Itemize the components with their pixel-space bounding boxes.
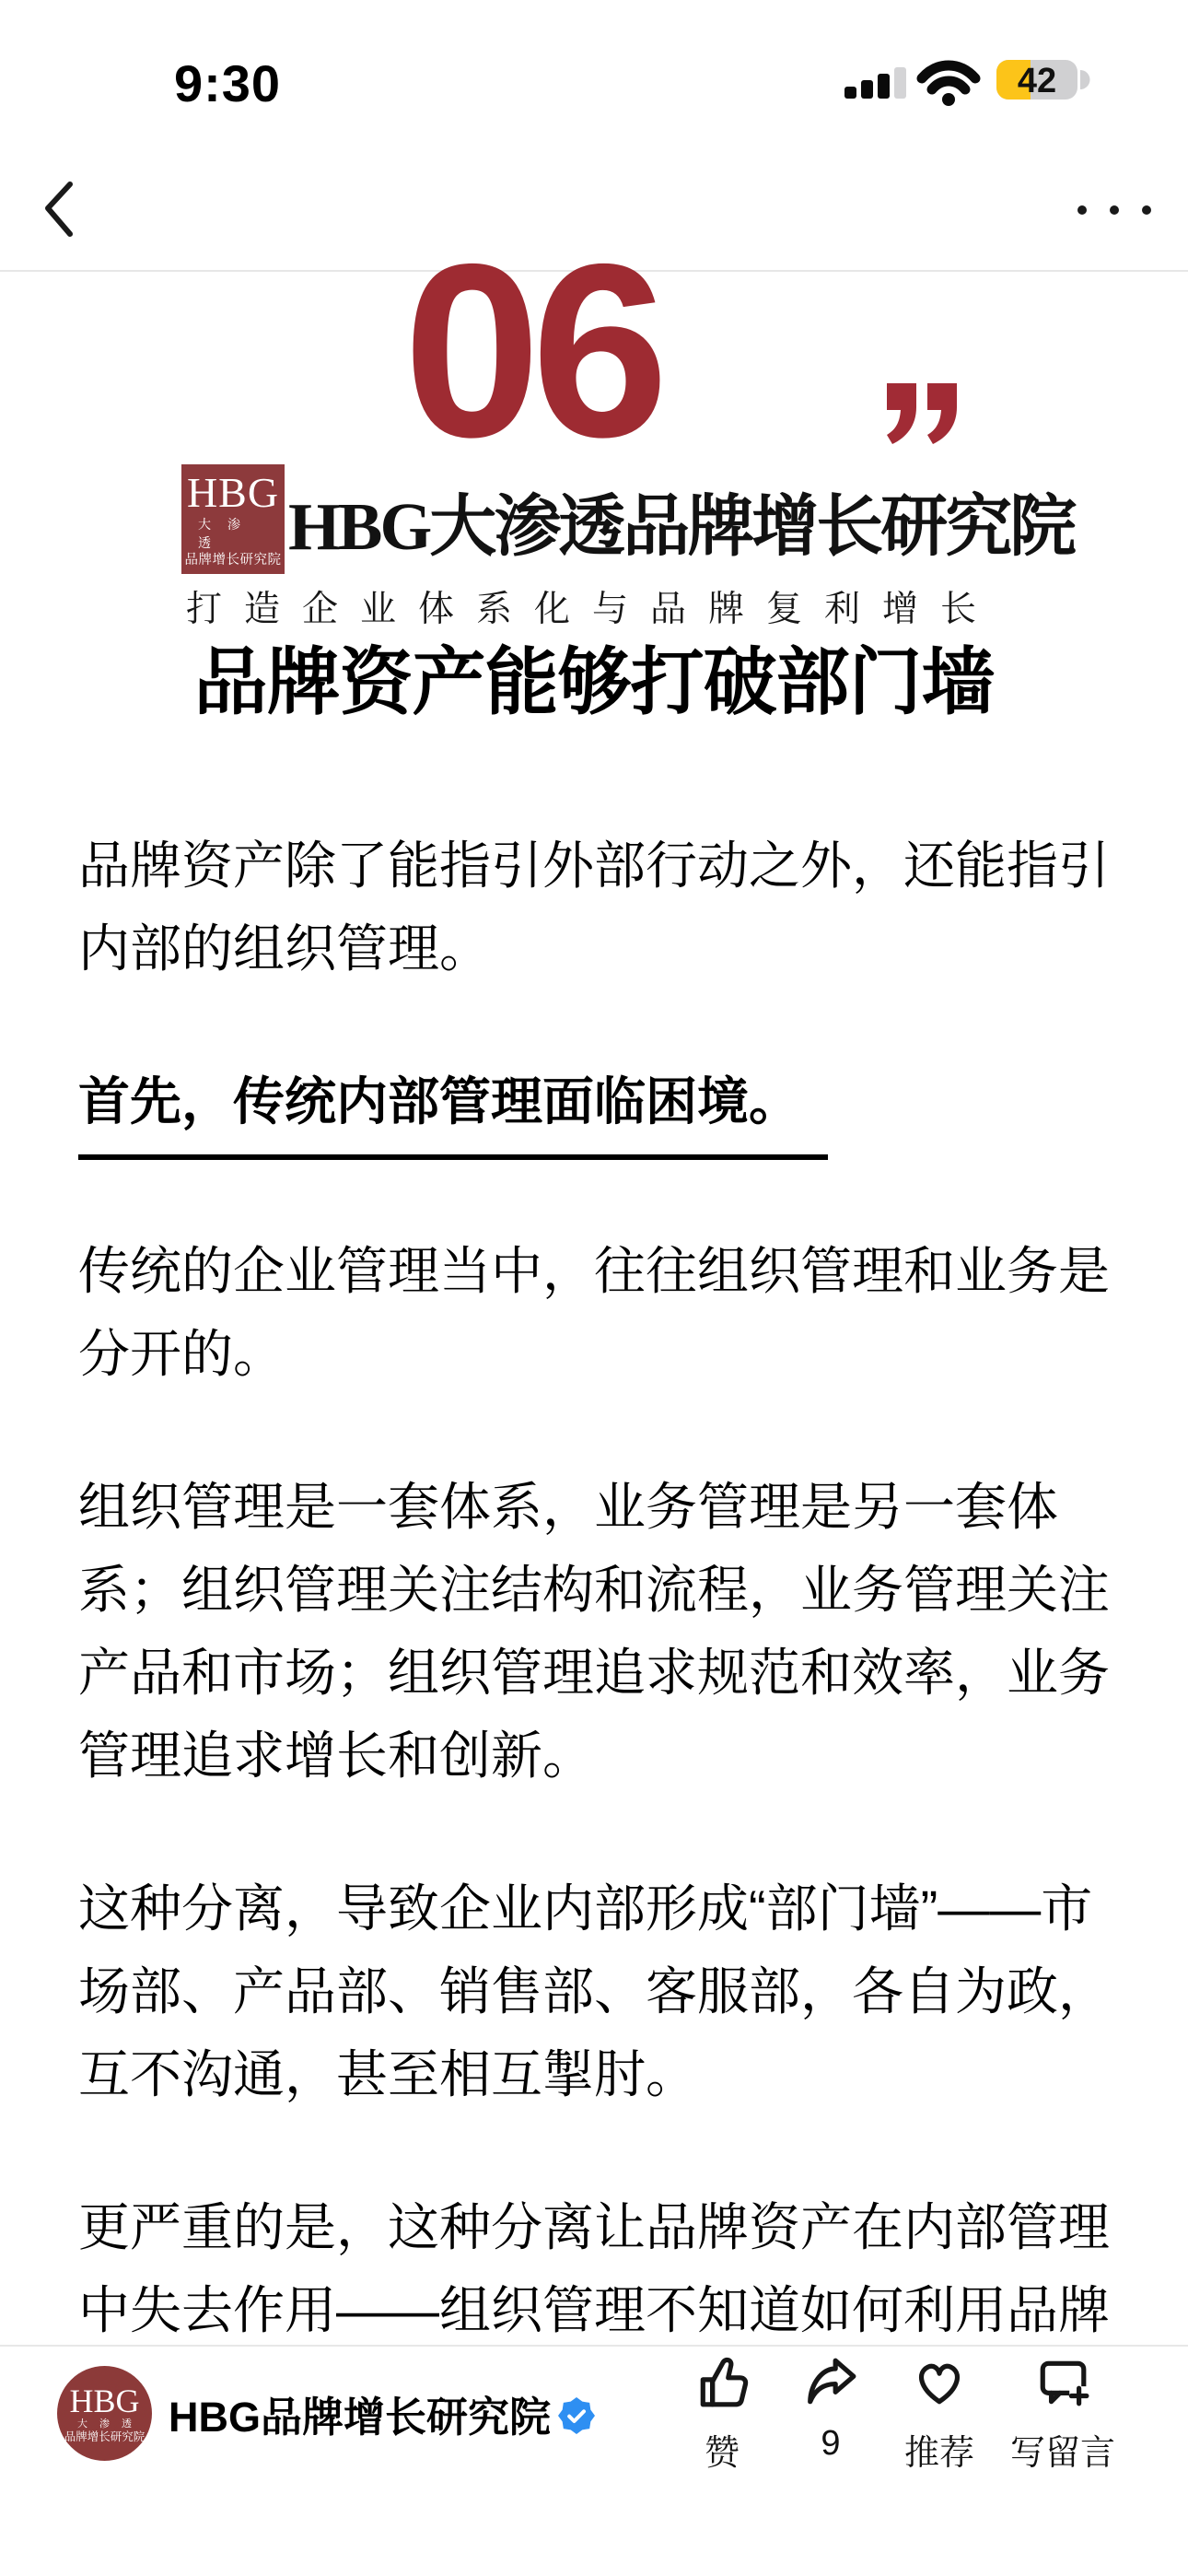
paragraph: 组织管理是一套体系，业务管理是另一套体系；组织管理关注结构和流程，业务管理关注产… [78,1466,1110,1797]
article-body: 品牌资产除了能指引外部行动之外，还能指引内部的组织管理。 首先，传统内部管理面临… [78,825,1110,2345]
article-title: 品牌资产能够打破部门墙 [0,623,1188,729]
more-options-button[interactable] [1073,189,1156,230]
wifi-icon [922,65,975,106]
paragraph: 品牌资产除了能指引外部行动之外，还能指引内部的组织管理。 [78,825,1110,990]
heart-icon [913,2356,966,2409]
status-time: 9:30 [158,53,297,113]
comment-label: 写留言 [1010,2424,1115,2475]
status-icons: 42 [833,51,1110,108]
cellular-signal-icon [844,67,906,99]
share-button[interactable]: 9 [776,2356,885,2475]
screen: 9:30 42 06 HBG [0,0,1188,2576]
org-name: HBG大渗透品牌增长研究院 [288,472,1074,568]
share-arrow-icon [804,2356,857,2409]
account-link[interactable]: HBG 大渗透 品牌增长研究院 HBG品牌增长研究院 [57,2366,595,2461]
account-name: HBG品牌增长研究院 [169,2383,551,2443]
thumbs-up-icon [695,2356,749,2409]
like-label: 赞 [705,2424,740,2475]
like-button[interactable]: 赞 [668,2356,776,2475]
section-number: 06 [403,232,659,468]
paragraph: 传统的企业管理当中，往往组织管理和业务是分开的。 [78,1230,1110,1396]
account-avatar: HBG 大渗透 品牌增长研究院 [57,2366,152,2461]
verified-badge-icon [558,2397,595,2434]
recommend-label: 推荐 [904,2424,974,2475]
share-count: 9 [821,2424,840,2464]
action-bar: 赞 9 推荐 写留言 [668,2356,1170,2475]
comment-plus-icon [1036,2356,1089,2409]
quote-mark-icon [887,383,979,457]
hbg-logo-acronym: HBG [187,471,279,515]
hbg-logo-line3: 品牌增长研究院 [185,552,282,568]
battery-icon: 42 [996,60,1090,100]
back-button[interactable] [37,175,83,244]
chevron-left-icon [48,184,70,234]
recommend-button[interactable]: 推荐 [885,2356,994,2475]
paragraph: 更严重的是，这种分离让品牌资产在内部管理中失去作用——组织管理不知道如何利用品牌… [78,2186,1110,2345]
paragraph: 这种分离，导致企业内部形成“部门墙”——市场部、产品部、销售部、客服部，各自为政… [78,1868,1110,2116]
hbg-logo-line2: 大渗透 [198,515,285,552]
ellipsis-icon [1077,205,1087,215]
hbg-logo-square: HBG 大渗透 品牌增长研究院 [181,464,285,574]
comment-button[interactable]: 写留言 [994,2356,1132,2475]
footer-bar: HBG 大渗透 品牌增长研究院 HBG品牌增长研究院 赞 [0,2345,1188,2576]
paragraph-heading-underlined: 首先，传统内部管理面临困境。 [78,1060,1110,1160]
battery-percent: 42 [1018,62,1056,100]
